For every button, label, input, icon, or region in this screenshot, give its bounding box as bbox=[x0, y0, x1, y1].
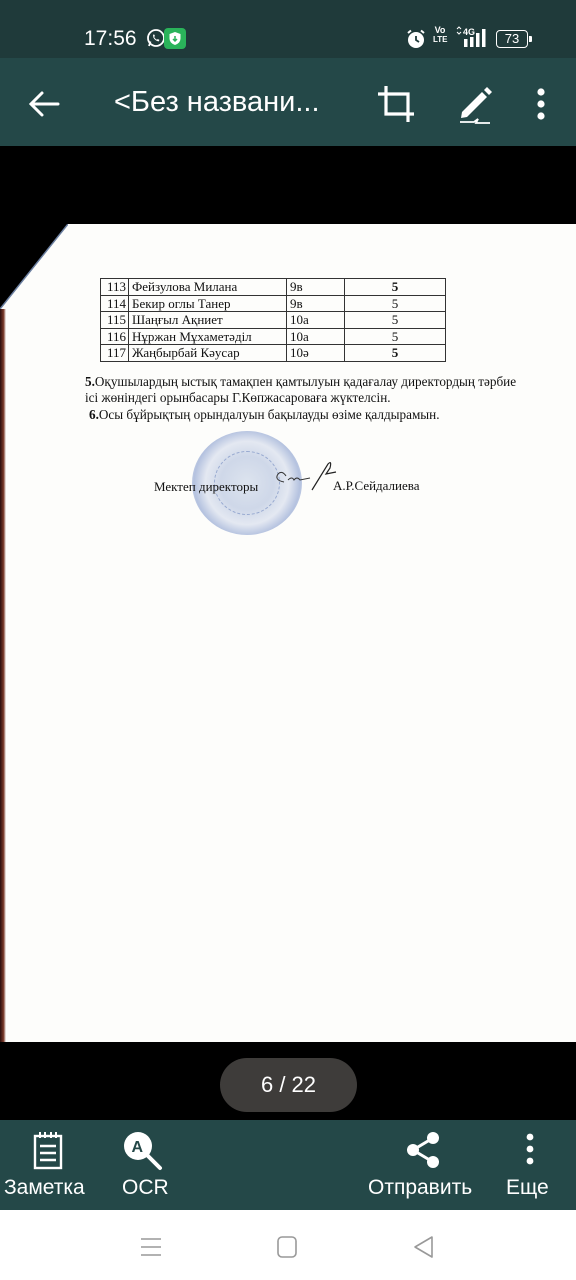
student-class: 9в bbox=[287, 295, 345, 312]
paragraph-6-text: Осы бұйрықтың орындалуын бақылауды өзіме… bbox=[99, 407, 440, 422]
battery-icon: 73 bbox=[496, 30, 528, 48]
table-row: 117 Жаңбырбай Кәусар 10ә 5 bbox=[101, 345, 446, 362]
back-button[interactable] bbox=[22, 82, 66, 126]
signatory-name: А.Р.Сейдалиева bbox=[333, 478, 420, 494]
student-name: Нұржан Мұхаметәділ bbox=[129, 328, 287, 345]
bottom-toolbar: Заметка A OCR Отправить Еще bbox=[0, 1120, 576, 1210]
student-grade: 5 bbox=[345, 279, 446, 296]
note-button[interactable]: Заметка bbox=[0, 1120, 96, 1210]
paragraph-5-line2: ісі жөніндегі орынбасары Г.Көпжасароваға… bbox=[85, 390, 391, 405]
signature-label: Мектеп директоры bbox=[154, 479, 258, 495]
table-row: 114 Бекир оглы Танер 9в 5 bbox=[101, 295, 446, 312]
student-class: 10а bbox=[287, 328, 345, 345]
alarm-icon bbox=[405, 28, 427, 55]
svg-text:A: A bbox=[132, 1139, 144, 1156]
student-class: 10а bbox=[287, 312, 345, 329]
document-title: <Без названи... bbox=[114, 86, 320, 119]
row-number: 113 bbox=[101, 279, 129, 296]
volte-icon: Vo LTE bbox=[433, 26, 447, 44]
share-icon bbox=[406, 1130, 442, 1170]
student-class: 9в bbox=[287, 279, 345, 296]
row-number: 115 bbox=[101, 312, 129, 329]
paragraph-5-line1: Оқушылардың ыстық тамақпен қамтылуын қад… bbox=[95, 374, 516, 389]
student-grade: 5 bbox=[345, 328, 446, 345]
paragraph-6-number: 6. bbox=[89, 407, 99, 422]
whatsapp-icon bbox=[146, 28, 166, 48]
paragraph-6: 6.Осы бұйрықтың орындалуын бақылауды өзі… bbox=[89, 407, 559, 423]
back-triangle-icon bbox=[408, 1232, 438, 1262]
student-grade: 5 bbox=[345, 312, 446, 329]
handwritten-signature bbox=[270, 460, 340, 496]
ocr-label: OCR bbox=[122, 1176, 169, 1200]
row-number: 116 bbox=[101, 328, 129, 345]
row-number: 114 bbox=[101, 295, 129, 312]
student-name: Жаңбырбай Кәусар bbox=[129, 345, 287, 362]
home-square-icon bbox=[272, 1232, 302, 1262]
send-button[interactable]: Отправить bbox=[364, 1120, 484, 1210]
table-row: 115 Шаңғыл Ақниет 10а 5 bbox=[101, 312, 446, 329]
app-bar: <Без названи... bbox=[0, 58, 576, 146]
status-time: 17:56 bbox=[84, 27, 137, 51]
more-button[interactable]: Еще bbox=[500, 1120, 560, 1210]
paragraph-5-number: 5. bbox=[85, 374, 95, 389]
notepad-icon bbox=[32, 1130, 64, 1170]
student-grade: 5 bbox=[345, 295, 446, 312]
more-label: Еще bbox=[506, 1176, 549, 1200]
page-indicator: 6 / 22 bbox=[220, 1058, 357, 1112]
edit-pencil-icon bbox=[452, 80, 498, 126]
send-label: Отправить bbox=[368, 1176, 472, 1200]
document-viewer[interactable]: 113 Фейзулова Милана 9в 5 114 Бекир оглы… bbox=[0, 146, 576, 1120]
svg-text:4G: 4G bbox=[463, 27, 475, 37]
ocr-search-icon: A bbox=[122, 1130, 168, 1172]
home-button[interactable] bbox=[272, 1232, 302, 1262]
system-nav-bar bbox=[0, 1210, 576, 1280]
volte-top: Vo bbox=[433, 26, 447, 35]
student-name: Шаңғыл Ақниет bbox=[129, 312, 287, 329]
shield-vpn-icon bbox=[164, 28, 186, 49]
student-name: Фейзулова Милана bbox=[129, 279, 287, 296]
table-row: 113 Фейзулова Милана 9в 5 bbox=[101, 279, 446, 296]
more-vertical-icon bbox=[520, 1130, 540, 1172]
ocr-button[interactable]: A OCR bbox=[110, 1120, 180, 1210]
crop-icon bbox=[374, 80, 420, 126]
paragraph-5: 5.Оқушылардың ыстық тамақпен қамтылуын қ… bbox=[85, 374, 555, 406]
student-class: 10ә bbox=[287, 345, 345, 362]
students-table: 113 Фейзулова Милана 9в 5 114 Бекир оглы… bbox=[100, 278, 446, 362]
student-name: Бекир оглы Танер bbox=[129, 295, 287, 312]
4g-signal-icon: 4G bbox=[455, 26, 489, 53]
document-page: 113 Фейзулова Милана 9в 5 114 Бекир оглы… bbox=[0, 224, 576, 1042]
page-fold-corner bbox=[0, 224, 68, 309]
back-arrow-icon bbox=[22, 82, 66, 126]
table-row: 116 Нұржан Мұхаметәділ 10а 5 bbox=[101, 328, 446, 345]
status-bar: 17:56 Vo LTE 4G 73 bbox=[0, 0, 576, 58]
system-back-button[interactable] bbox=[408, 1232, 438, 1262]
crop-button[interactable] bbox=[374, 80, 420, 126]
recents-menu-icon bbox=[136, 1232, 166, 1262]
more-options-button[interactable] bbox=[526, 82, 556, 128]
page-left-edge bbox=[0, 309, 6, 1042]
row-number: 117 bbox=[101, 345, 129, 362]
edit-button[interactable] bbox=[452, 80, 498, 126]
student-grade: 5 bbox=[345, 345, 446, 362]
note-label: Заметка bbox=[4, 1176, 85, 1200]
volte-bottom: LTE bbox=[433, 35, 447, 44]
recents-button[interactable] bbox=[136, 1232, 166, 1262]
more-vertical-icon bbox=[526, 82, 556, 128]
